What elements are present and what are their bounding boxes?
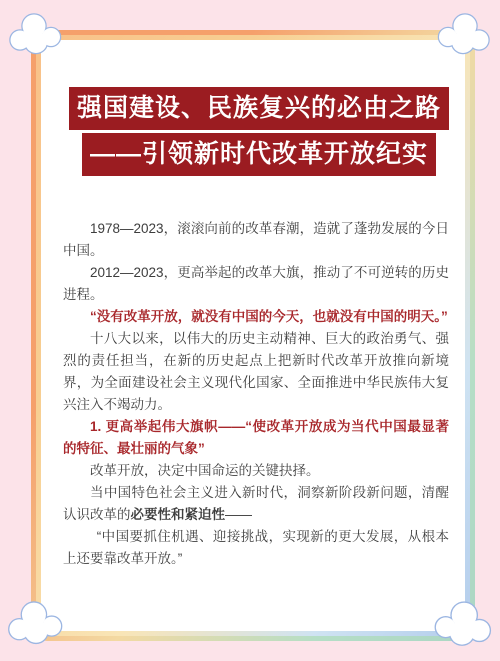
cloud-icon (430, 600, 494, 650)
article-title: 强国建设、民族复兴的必由之路 ——引领新时代改革开放纪实 (41, 87, 465, 176)
article-body: 1978—2023，滚滚向前的改革春潮，造就了蓬勃发展的今日中国。 2012—2… (63, 218, 449, 570)
paragraph-5: 当中国特色社会主义进入新时代，洞察新阶段新问题，清醒认识改革的必要性和紧迫性—— (63, 482, 449, 526)
cloud-icon (7, 12, 65, 58)
cloud-icon (5, 600, 67, 648)
paragraph-1: 1978—2023，滚滚向前的改革春潮，造就了蓬勃发展的今日中国。 (63, 218, 449, 262)
rainbow-border-inner: 强国建设、民族复兴的必由之路 ——引领新时代改革开放纪实 1978—2023，滚… (36, 35, 470, 636)
paragraph-2: 2012—2023，更高举起的改革大旗，推动了不可逆转的历史进程。 (63, 262, 449, 306)
quote-2: “中国要抓住机遇、迎接挑战，实现新的更大发展，从根本上还要靠改革开放。” (63, 526, 449, 570)
rainbow-border-outer: 强国建设、民族复兴的必由之路 ——引领新时代改革开放纪实 1978—2023，滚… (31, 30, 475, 641)
cloud-icon (434, 12, 492, 58)
content-panel: 强国建设、民族复兴的必由之路 ——引领新时代改革开放纪实 1978—2023，滚… (41, 40, 465, 631)
paragraph-5-text: 当中国特色社会主义进入新时代，洞察新阶段新问题，清醒认识改革的 (63, 485, 449, 522)
title-line-2: ——引领新时代改革开放纪实 (82, 133, 436, 176)
paragraph-5-dash: —— (225, 507, 252, 522)
paragraph-5-bold-text: 必要性和紧迫性 (131, 507, 226, 522)
title-line-1: 强国建设、民族复兴的必由之路 (69, 87, 449, 130)
page-background: 强国建设、民族复兴的必由之路 ——引领新时代改革开放纪实 1978—2023，滚… (0, 0, 500, 661)
paragraph-3: 十八大以来，以伟大的历史主动精神、巨大的政治勇气、强烈的责任担当，在新的历史起点… (63, 328, 449, 416)
section-heading-1: 1. 更高举起伟大旗帜——“使改革开放成为当代中国最显著的特征、最壮丽的气象” (63, 416, 449, 460)
quote-emphasis-1: “没有改革开放，就没有中国的今天，也就没有中国的明天。” (63, 306, 449, 328)
paragraph-4: 改革开放，决定中国命运的关键抉择。 (63, 460, 449, 482)
